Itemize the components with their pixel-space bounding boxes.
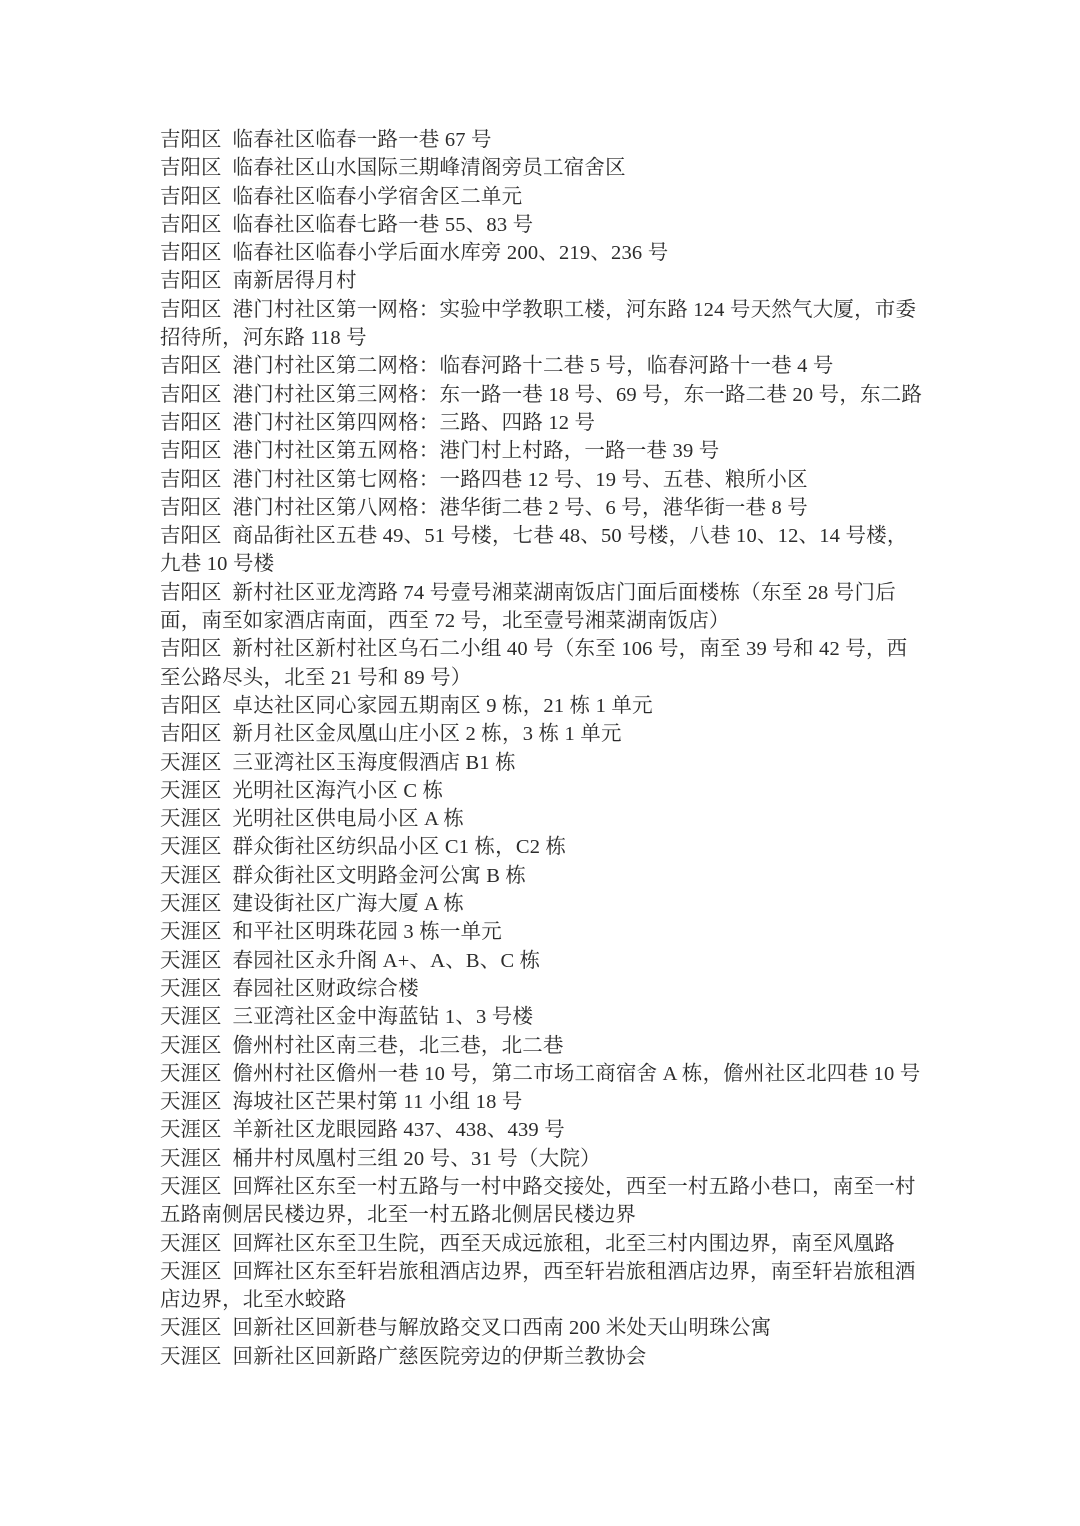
address-text: 临春社区临春小学宿舍区二单元 [233, 186, 523, 208]
list-item: 天涯区儋州村社区南三巷，北三巷，北二巷 [160, 1032, 928, 1060]
district-label: 天涯区 [160, 808, 222, 830]
district-label: 天涯区 [160, 1119, 222, 1141]
address-text: 三亚湾社区玉海度假酒店 B1 栋 [233, 752, 516, 774]
list-item: 天涯区光明社区供电局小区 A 栋 [160, 805, 928, 833]
list-item: 吉阳区新月社区金凤凰山庄小区 2 栋，3 栋 1 单元 [160, 720, 928, 748]
list-item: 吉阳区港门村社区第二网格：临春河路十二巷 5 号，临春河路十一巷 4 号 [160, 352, 928, 380]
list-item: 吉阳区港门村社区第四网格：三路、四路 12 号 [160, 409, 928, 437]
address-text: 光明社区供电局小区 A 栋 [233, 808, 465, 830]
district-label: 天涯区 [160, 950, 222, 972]
district-label: 天涯区 [160, 1233, 222, 1255]
list-item: 天涯区海坡社区芒果村第 11 小组 18 号 [160, 1088, 928, 1116]
district-label: 吉阳区 [160, 270, 222, 292]
address-text: 临春社区山水国际三期峰清阁旁员工宿舍区 [233, 157, 626, 179]
district-label: 天涯区 [160, 1317, 222, 1339]
address-text: 港门村社区第八网格：港华街二巷 2 号、6 号，港华街一巷 8 号 [233, 497, 808, 519]
address-text: 新月社区金凤凰山庄小区 2 栋，3 栋 1 单元 [233, 723, 622, 745]
district-label: 天涯区 [160, 1148, 222, 1170]
address-text: 儋州村社区南三巷，北三巷，北二巷 [233, 1035, 564, 1057]
address-text: 群众街社区文明路金河公寓 B 栋 [233, 865, 527, 887]
district-label: 吉阳区 [160, 299, 222, 321]
district-label: 天涯区 [160, 780, 222, 802]
list-item: 天涯区桶井村凤凰村三组 20 号、31 号（大院） [160, 1145, 928, 1173]
district-label: 吉阳区 [160, 469, 222, 491]
address-text: 儋州村社区儋州一巷 10 号，第二市场工商宿舍 A 栋，儋州社区北四巷 10 号 [233, 1063, 921, 1085]
address-text: 港门村社区第三网格：东一路一巷 18 号、69 号，东一路二巷 20 号，东二路 [233, 384, 923, 406]
list-item: 吉阳区新村社区新村社区乌石二小组 40 号（东至 106 号，南至 39 号和 … [160, 635, 928, 692]
district-label: 天涯区 [160, 865, 222, 887]
address-text: 回辉社区东至一村五路与一村中路交接处，西至一村五路小巷口，南至一村五路南侧居民楼… [160, 1176, 916, 1226]
district-label: 吉阳区 [160, 695, 222, 717]
address-text: 临春社区临春七路一巷 55、83 号 [233, 214, 534, 236]
list-item: 吉阳区商品街社区五巷 49、51 号楼，七巷 48、50 号楼，八巷 10、12… [160, 522, 928, 579]
list-item: 天涯区建设街社区广海大厦 A 栋 [160, 890, 928, 918]
list-item: 吉阳区港门村社区第三网格：东一路一巷 18 号、69 号，东一路二巷 20 号，… [160, 381, 928, 409]
list-item: 天涯区羊新社区龙眼园路 437、438、439 号 [160, 1116, 928, 1144]
list-item: 天涯区春园社区永升阁 A+、A、B、C 栋 [160, 947, 928, 975]
address-text: 港门村社区第五网格：港门村上村路，一路一巷 39 号 [233, 440, 720, 462]
address-text: 港门村社区第一网格：实验中学教职工楼，河东路 124 号天然气大厦，市委招待所，… [160, 299, 916, 349]
district-label: 吉阳区 [160, 242, 222, 264]
address-text: 港门村社区第七网格：一路四巷 12 号、19 号、五巷、粮所小区 [233, 469, 808, 491]
district-label: 吉阳区 [160, 723, 222, 745]
list-item: 吉阳区新村社区亚龙湾路 74 号壹号湘菜湖南饭店门面后面楼栋（东至 28 号门后… [160, 579, 928, 636]
district-label: 天涯区 [160, 1035, 222, 1057]
list-item: 吉阳区港门村社区第一网格：实验中学教职工楼，河东路 124 号天然气大厦，市委招… [160, 296, 928, 353]
district-label: 天涯区 [160, 1091, 222, 1113]
address-text: 新村社区亚龙湾路 74 号壹号湘菜湖南饭店门面后面楼栋（东至 28 号门后面，南… [160, 582, 896, 632]
list-item: 天涯区回辉社区东至轩岩旅租酒店边界，西至轩岩旅租酒店边界，南至轩岩旅租酒店边界，… [160, 1258, 928, 1315]
district-label: 吉阳区 [160, 214, 222, 236]
list-item: 天涯区和平社区明珠花园 3 栋一单元 [160, 918, 928, 946]
list-item: 吉阳区临春社区山水国际三期峰清阁旁员工宿舍区 [160, 154, 928, 182]
district-label: 吉阳区 [160, 129, 222, 151]
address-text: 春园社区永升阁 A+、A、B、C 栋 [233, 950, 541, 972]
district-label: 天涯区 [160, 921, 222, 943]
address-text: 羊新社区龙眼园路 437、438、439 号 [233, 1119, 565, 1141]
document-page: 吉阳区临春社区临春一路一巷 67 号 吉阳区临春社区山水国际三期峰清阁旁员工宿舍… [0, 0, 1080, 1526]
list-item: 吉阳区港门村社区第八网格：港华街二巷 2 号、6 号，港华街一巷 8 号 [160, 494, 928, 522]
district-label: 吉阳区 [160, 412, 222, 434]
list-item: 天涯区三亚湾社区玉海度假酒店 B1 栋 [160, 749, 928, 777]
list-item: 吉阳区南新居得月村 [160, 267, 928, 295]
district-label: 吉阳区 [160, 497, 222, 519]
list-item: 天涯区春园社区财政综合楼 [160, 975, 928, 1003]
list-item: 天涯区光明社区海汽小区 C 栋 [160, 777, 928, 805]
address-text: 和平社区明珠花园 3 栋一单元 [233, 921, 503, 943]
address-text: 港门村社区第二网格：临春河路十二巷 5 号，临春河路十一巷 4 号 [233, 355, 834, 377]
district-label: 天涯区 [160, 1006, 222, 1028]
address-text: 建设街社区广海大厦 A 栋 [233, 893, 465, 915]
address-text: 三亚湾社区金中海蓝钻 1、3 号楼 [233, 1006, 534, 1028]
address-text: 商品街社区五巷 49、51 号楼，七巷 48、50 号楼，八巷 10、12、14… [160, 525, 908, 575]
address-text: 回新社区回新巷与解放路交叉口西南 200 米处天山明珠公寓 [233, 1317, 772, 1339]
address-text: 回辉社区东至轩岩旅租酒店边界，西至轩岩旅租酒店边界，南至轩岩旅租酒店边界，北至水… [160, 1261, 916, 1311]
address-text: 海坡社区芒果村第 11 小组 18 号 [233, 1091, 523, 1113]
district-label: 吉阳区 [160, 638, 222, 660]
district-label: 吉阳区 [160, 384, 222, 406]
address-text: 卓达社区同心家园五期南区 9 栋，21 栋 1 单元 [233, 695, 653, 717]
district-label: 吉阳区 [160, 186, 222, 208]
list-item: 吉阳区港门村社区第七网格：一路四巷 12 号、19 号、五巷、粮所小区 [160, 466, 928, 494]
district-label: 吉阳区 [160, 157, 222, 179]
address-text: 南新居得月村 [233, 270, 357, 292]
list-item: 天涯区回新社区回新巷与解放路交叉口西南 200 米处天山明珠公寓 [160, 1314, 928, 1342]
address-text: 回新社区回新路广慈医院旁边的伊斯兰教协会 [233, 1346, 647, 1368]
list-item: 吉阳区卓达社区同心家园五期南区 9 栋，21 栋 1 单元 [160, 692, 928, 720]
address-text: 港门村社区第四网格：三路、四路 12 号 [233, 412, 596, 434]
address-text: 临春社区临春小学后面水库旁 200、219、236 号 [233, 242, 669, 264]
address-list: 吉阳区临春社区临春一路一巷 67 号 吉阳区临春社区山水国际三期峰清阁旁员工宿舍… [160, 126, 928, 1371]
list-item: 天涯区群众街社区文明路金河公寓 B 栋 [160, 862, 928, 890]
list-item: 吉阳区临春社区临春小学宿舍区二单元 [160, 183, 928, 211]
list-item: 天涯区儋州村社区儋州一巷 10 号，第二市场工商宿舍 A 栋，儋州社区北四巷 1… [160, 1060, 928, 1088]
address-text: 回辉社区东至卫生院，西至天成远旅租，北至三村内围边界，南至风凰路 [233, 1233, 895, 1255]
address-text: 群众街社区纺织品小区 C1 栋，C2 栋 [233, 836, 567, 858]
district-label: 吉阳区 [160, 355, 222, 377]
list-item: 吉阳区临春社区临春小学后面水库旁 200、219、236 号 [160, 239, 928, 267]
district-label: 吉阳区 [160, 440, 222, 462]
list-item: 天涯区回新社区回新路广慈医院旁边的伊斯兰教协会 [160, 1343, 928, 1371]
list-item: 天涯区群众街社区纺织品小区 C1 栋，C2 栋 [160, 833, 928, 861]
district-label: 天涯区 [160, 1063, 222, 1085]
list-item: 天涯区三亚湾社区金中海蓝钻 1、3 号楼 [160, 1003, 928, 1031]
list-item: 吉阳区临春社区临春七路一巷 55、83 号 [160, 211, 928, 239]
list-item: 吉阳区临春社区临春一路一巷 67 号 [160, 126, 928, 154]
address-text: 桶井村凤凰村三组 20 号、31 号（大院） [233, 1148, 601, 1170]
district-label: 天涯区 [160, 1176, 222, 1198]
list-item: 天涯区回辉社区东至一村五路与一村中路交接处，西至一村五路小巷口，南至一村五路南侧… [160, 1173, 928, 1230]
list-item: 天涯区回辉社区东至卫生院，西至天成远旅租，北至三村内围边界，南至风凰路 [160, 1230, 928, 1258]
district-label: 吉阳区 [160, 582, 222, 604]
district-label: 天涯区 [160, 978, 222, 1000]
address-text: 新村社区新村社区乌石二小组 40 号（东至 106 号，南至 39 号和 42 … [160, 638, 907, 688]
address-text: 临春社区临春一路一巷 67 号 [233, 129, 492, 151]
district-label: 天涯区 [160, 1346, 222, 1368]
district-label: 天涯区 [160, 1261, 222, 1283]
district-label: 天涯区 [160, 752, 222, 774]
address-text: 春园社区财政综合楼 [233, 978, 419, 1000]
list-item: 吉阳区港门村社区第五网格：港门村上村路，一路一巷 39 号 [160, 437, 928, 465]
address-text: 光明社区海汽小区 C 栋 [233, 780, 444, 802]
district-label: 天涯区 [160, 893, 222, 915]
document-body: { "page": { "background_color": "#ffffff… [0, 0, 1080, 1526]
district-label: 天涯区 [160, 836, 222, 858]
district-label: 吉阳区 [160, 525, 222, 547]
